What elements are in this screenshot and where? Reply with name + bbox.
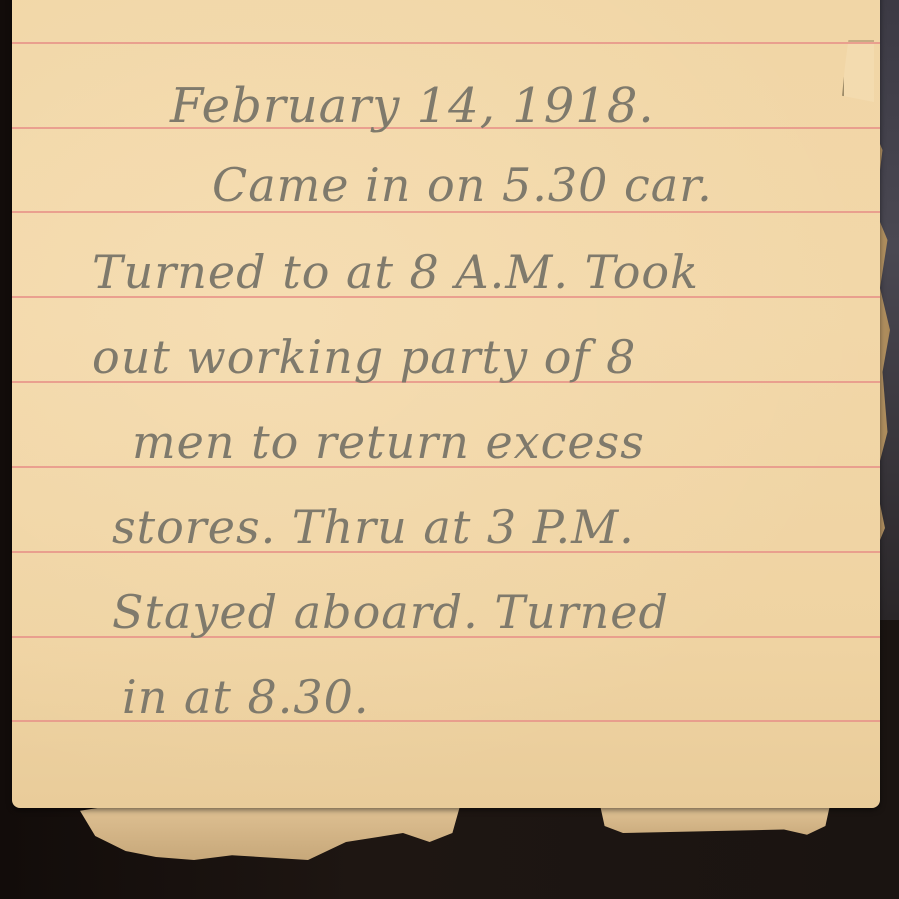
entry-line-1: Came in on 5.30 car. — [212, 158, 713, 212]
entry-line-3: out working party of 8 — [92, 330, 636, 384]
torn-scrap-left — [80, 800, 460, 860]
torn-scrap-right — [600, 805, 830, 840]
entry-line-7: in at 8.30. — [122, 670, 370, 724]
entry-line-6: Stayed aboard. Turned — [112, 585, 669, 639]
diary-page: February 14, 1918. Came in on 5.30 car. … — [12, 0, 880, 808]
torn-page-scraps — [80, 800, 830, 870]
entry-line-5: stores. Thru at 3 P.M. — [112, 500, 635, 554]
handwritten-entry: February 14, 1918. Came in on 5.30 car. … — [12, 0, 880, 808]
entry-date: February 14, 1918. — [170, 78, 655, 134]
entry-line-4: men to return excess — [132, 415, 645, 469]
entry-line-2: Turned to at 8 A.M. Took — [92, 245, 699, 299]
